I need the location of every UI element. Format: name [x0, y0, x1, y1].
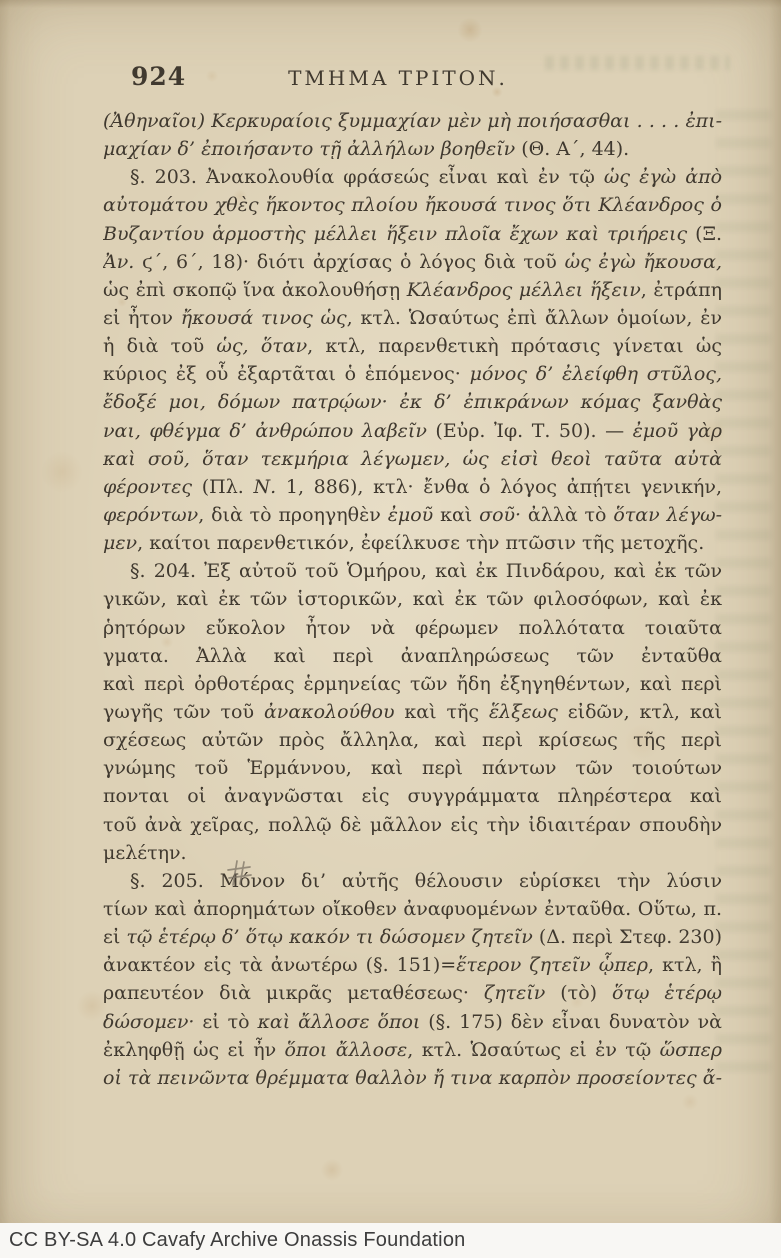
scanned-book-page: 924 ΤΜΗΜΑ ΤΡΙΤΟΝ. (Ἀθηναῖοι) Κερκυραίοις…: [0, 0, 781, 1258]
quoted-greek-text: μαχίαν δ’ ἐποιήσαντο τῇ ἀλλήλων βοηθεῖν: [103, 138, 521, 160]
text-line: μελέτην.: [103, 839, 722, 867]
greek-text: ἀλλὰ τὸ: [521, 504, 613, 526]
quoted-greek-text: ζητεῖν: [484, 982, 545, 1004]
greek-text: μελέτην.: [103, 842, 187, 864]
greek-text: καὶ τῆς: [395, 701, 489, 723]
greek-text: σχέσεως αὐτῶν πρὸς ἄλληλα, καὶ περὶ κρίσ…: [103, 729, 722, 754]
text-line: ραπευτέον διὰ μικρᾶς μεταθέσεως· ζητεῖν …: [103, 979, 722, 1007]
greek-text: γματα. Ἀλλὰ καὶ περὶ ἀναπληρώσεως τῶν ἐν…: [103, 645, 722, 670]
quoted-greek-text: ὡς, ὅταν: [216, 335, 307, 357]
quoted-greek-text: Ν.: [253, 476, 276, 498]
text-line: γικῶν, καὶ ἐκ τῶν ἱστορικῶν, καὶ ἐκ τῶν …: [103, 585, 722, 613]
greek-text: §. 205. Μόνον δι’ αὐτῆς θέλουσιν εὑρίσκε…: [103, 870, 722, 895]
greek-text: (Εὐρ. Ἰφ. Τ. 50). —: [427, 420, 633, 442]
text-line: εἰ τῷ ἑτέρῳ δ’ ὅτῳ κακόν τι δώσομεν ζητε…: [103, 923, 722, 951]
ink-bleed-through-artifact: [716, 110, 771, 1090]
greek-text: (Ξ.: [695, 223, 722, 245]
greek-text: ἀνακτέον εἰς τὰ ἀνωτέρω (§. 151)=: [103, 954, 456, 976]
quoted-greek-text: ὅταν λέγω-: [613, 504, 722, 526]
greek-text: τοῦ ἀνὰ χεῖρας, πολλῷ δὲ μᾶλλον εἰς τὴν …: [103, 814, 722, 839]
quoted-greek-text: Ἀν.: [103, 251, 134, 273]
text-line: σχέσεως αὐτῶν πρὸς ἄλληλα, καὶ περὶ κρίσ…: [103, 726, 722, 754]
text-line: ἔδοξέ μοι, δόμων πατρῴων· ἐκ δ’ ἐπικράνω…: [103, 388, 722, 416]
text-line: ἡ διὰ τοῦ ὡς, ὅταν, κτλ, παρενθετικὴ πρό…: [103, 332, 722, 360]
quoted-greek-text: τῷ ἑτέρῳ δ’ ὅτῳ κακόν τι δώσομεν ζητεῖν: [126, 926, 532, 948]
text-line: ὡς ἐπὶ σκοπῷ ἵνα ἀκολουθήσῃ Κλέανδρος μέ…: [103, 276, 722, 304]
quoted-greek-text: μεν: [103, 532, 137, 554]
greek-text: κύριος ἐξ οὗ ἐξαρτᾶται ὁ ἑπόμενος·: [103, 363, 470, 385]
quoted-greek-text: φέροντες: [103, 476, 192, 498]
quoted-greek-text: καὶ ἄλλοσε ὅποι: [257, 1011, 420, 1033]
quoted-greek-text: φερόντων: [103, 504, 198, 526]
text-line: φέροντες (Πλ. Ν. 1, 886), κτλ· ἔνθα ὁ λό…: [103, 473, 722, 501]
greek-text: §. 204. Ἐξ αὐτοῦ τοῦ Ὁμήρου, καὶ ἐκ Πινδ…: [103, 560, 722, 585]
text-line: §. 204. Ἐξ αὐτοῦ τοῦ Ὁμήρου, καὶ ἐκ Πινδ…: [103, 557, 722, 585]
text-line: ῥητόρων εὔκολον ἦτον νὰ φέρωμεν πολλότατ…: [103, 614, 722, 642]
text-line: τοῦ ἀνὰ χεῖρας, πολλῷ δὲ μᾶλλον εἰς τὴν …: [103, 811, 722, 839]
text-line: ναι, φθέγμα δ’ ἀνθρώπου λαβεῖν (Εὐρ. Ἰφ.…: [103, 417, 722, 445]
text-line: γωγῆς τῶν τοῦ ἀνακολούθου καὶ τῆς ἕλξεως…: [103, 698, 722, 726]
greek-text: , καίτοι παρενθετικόν, ἐφείλκυσε τὴν πτῶ…: [137, 532, 704, 554]
text-line: εἰ ἦτον ἤκουσά τινος ὡς, κτλ. Ὡσαύτως ἐπ…: [103, 304, 722, 332]
greek-text: ραπευτέον διὰ μικρᾶς μεταθέσεως·: [103, 982, 484, 1004]
quoted-greek-text: Κλέανδρος μέλλει ἥξειν: [407, 279, 641, 301]
quoted-greek-text: δώσομεν·: [103, 1011, 194, 1033]
greek-text: ἡ διὰ τοῦ: [103, 335, 216, 357]
greek-text: (Δ. περὶ Στεφ. 230): [533, 926, 722, 948]
quoted-greek-text: ἕλξεως: [489, 701, 558, 723]
greek-text: 1, 886), κτλ· ἔνθα ὁ λόγος ἀπῄτει γενική…: [276, 476, 722, 498]
greek-text: τίων καὶ ἀπορημάτων οἴκοθεν ἀναφυομένων …: [103, 898, 722, 923]
greek-text: , διὰ τὸ προηγηθὲν: [198, 504, 387, 526]
quoted-greek-text: Βυζαντίου ἁρμοστὴς μέλλει ἥξειν πλοῖα ἔχ…: [103, 223, 695, 245]
quoted-greek-text: οἱ τὰ πεινῶντα θρέμματα θαλλὸν ἤ τινα κα…: [103, 1067, 722, 1089]
greek-text: εἰ ἦτον: [103, 307, 181, 329]
greek-text: καὶ: [433, 504, 479, 526]
greek-text: εἰ τὸ: [194, 1011, 257, 1033]
quoted-greek-text: ὅποι ἄλλοσε: [285, 1039, 408, 1061]
body-text-column: (Ἀθηναῖοι) Κερκυραίοις ξυμμαχίαν μὲν μὴ …: [103, 107, 722, 1092]
greek-text: (Πλ.: [192, 476, 253, 498]
greek-text: (Θ. Α΄, 44).: [521, 138, 629, 160]
greek-text: γικῶν, καὶ ἐκ τῶν ἱστορικῶν, καὶ ἐκ τῶν …: [103, 588, 722, 613]
quoted-greek-text: ἔδοξέ μοι, δόμων πατρῴων· ἐκ δ’ ἐπικράνω…: [103, 391, 722, 416]
quoted-greek-text: ὡς ἐγὼ ἤκουσα,: [565, 251, 722, 273]
license-attribution-bar: CC BY-SA 4.0 Cavafy Archive Onassis Foun…: [0, 1223, 781, 1258]
quoted-greek-text: σοῦ·: [479, 504, 521, 526]
text-line: μεν, καίτοι παρενθετικόν, ἐφείλκυσε τὴν …: [103, 529, 722, 557]
text-line: ἐκληφθῇ ὡς εἰ ἦν ὅποι ἄλλοσε, κτλ. Ὡσαύτ…: [103, 1036, 722, 1064]
text-line: Ἀν. ϛ΄, 6΄, 18)· διότι ἀρχίσας ὁ λόγος δ…: [103, 248, 722, 276]
text-line: οἱ τὰ πεινῶντα θρέμματα θαλλὸν ἤ τινα κα…: [103, 1064, 722, 1092]
text-line: τίων καὶ ἀπορημάτων οἴκοθεν ἀναφυομένων …: [103, 895, 722, 923]
text-line: καὶ σοῦ, ὅταν τεκμήρια λέγωμεν, ὡς εἰσὶ …: [103, 445, 722, 473]
greek-text: ϛ΄, 6΄, 18)· διότι ἀρχίσας ὁ λόγος διὰ τ…: [134, 251, 564, 273]
text-line: Βυζαντίου ἁρμοστὴς μέλλει ἥξειν πλοῖα ἔχ…: [103, 220, 722, 248]
quoted-greek-text: ἀνακολούθου: [264, 701, 395, 723]
greek-text: πονται οἱ ἀναγνῶσται εἰς συγγράμματα πλη…: [103, 785, 722, 810]
text-line: κύριος ἐξ οὗ ἐξαρτᾶται ὁ ἑπόμενος· μόνος…: [103, 360, 722, 388]
greek-text: γωγῆς τῶν τοῦ: [103, 701, 264, 723]
text-line: γματα. Ἀλλὰ καὶ περὶ ἀναπληρώσεως τῶν ἐν…: [103, 642, 722, 670]
quoted-greek-text: αὐτομάτου χθὲς ἥκοντος πλοίου ἤκουσά τιν…: [103, 194, 722, 219]
quoted-greek-text: Κερκυραίοις ξυμμαχίαν μὲν μὴ ποιήσασθαι …: [211, 110, 722, 132]
greek-text: καὶ περὶ ὀρθοτέρας ἑρμηνείας τῶν ἤδη ἐξη…: [103, 673, 722, 698]
running-header-title: ΤΜΗΜΑ ΤΡΙΤΟΝ.: [103, 66, 693, 90]
pencil-annotation-mark: [224, 858, 254, 888]
text-line: φερόντων, διὰ τὸ προηγηθὲν ἐμοῦ καὶ σοῦ·…: [103, 501, 722, 529]
text-line: §. 203. Ἀνακολουθία φράσεώς εἶναι καὶ ἐν…: [103, 163, 722, 191]
text-line: καὶ περὶ ὀρθοτέρας ἑρμηνείας τῶν ἤδη ἐξη…: [103, 670, 722, 698]
text-line: (Ἀθηναῖοι) Κερκυραίοις ξυμμαχίαν μὲν μὴ …: [103, 107, 722, 135]
quoted-greek-text: ναι, φθέγμα δ’ ἀνθρώπου λαβεῖν: [103, 420, 427, 442]
text-line: μαχίαν δ’ ἐποιήσαντο τῇ ἀλλήλων βοηθεῖν …: [103, 135, 722, 163]
quoted-greek-text: ἕτερον ζητεῖν ᾧπερ: [456, 954, 648, 976]
greek-text: (§. 175) δὲν εἶναι δυνατὸν νὰ: [420, 1011, 722, 1033]
quoted-greek-text: (Ἀθηναῖοι): [103, 110, 211, 132]
text-line: §. 205. Μόνον δι’ αὐτῆς θέλουσιν εὑρίσκε…: [103, 867, 722, 895]
quoted-greek-text: ἐμοῦ: [388, 504, 434, 526]
quoted-greek-text: ἤκουσά τινος ὡς: [181, 307, 347, 329]
license-text: CC BY-SA 4.0 Cavafy Archive Onassis Foun…: [0, 1223, 781, 1258]
greek-text: , κτλ. Ὡσαύτως εἰ ἐν τῷ: [407, 1039, 659, 1061]
text-line: αὐτομάτου χθὲς ἥκοντος πλοίου ἤκουσά τιν…: [103, 191, 722, 219]
text-line: γνώμης τοῦ Ἑρμάννου, καὶ περὶ πάντων τῶν…: [103, 754, 722, 782]
text-line: ἀνακτέον εἰς τὰ ἀνωτέρω (§. 151)=ἕτερον …: [103, 951, 722, 979]
text-line: δώσομεν· εἰ τὸ καὶ ἄλλοσε ὅποι (§. 175) …: [103, 1008, 722, 1036]
greek-text: §. 203. Ἀνακολουθία φράσεώς εἶναι καὶ ἐν…: [130, 166, 604, 188]
greek-text: γνώμης τοῦ Ἑρμάννου, καὶ περὶ πάντων τῶν…: [103, 757, 722, 782]
quoted-greek-text: καὶ σοῦ, ὅταν τεκμήρια λέγωμεν, ὡς εἰσὶ …: [103, 448, 722, 473]
greek-text: ὡς ἐπὶ σκοπῷ ἵνα ἀκολουθήσῃ: [103, 279, 407, 301]
text-line: πονται οἱ ἀναγνῶσται εἰς συγγράμματα πλη…: [103, 782, 722, 810]
quoted-greek-text: μόνος δ’ ἐλείφθη στῦλος: [470, 363, 716, 385]
greek-text: (τὸ): [545, 982, 612, 1004]
greek-text: ῥητόρων εὔκολον ἦτον νὰ φέρωμεν πολλότατ…: [103, 617, 722, 642]
greek-text: εἰ: [103, 926, 126, 948]
greek-text: ἐκληφθῇ ὡς εἰ ἦν: [103, 1039, 285, 1061]
quoted-greek-text: ἐμοῦ γὰρ: [633, 420, 722, 442]
